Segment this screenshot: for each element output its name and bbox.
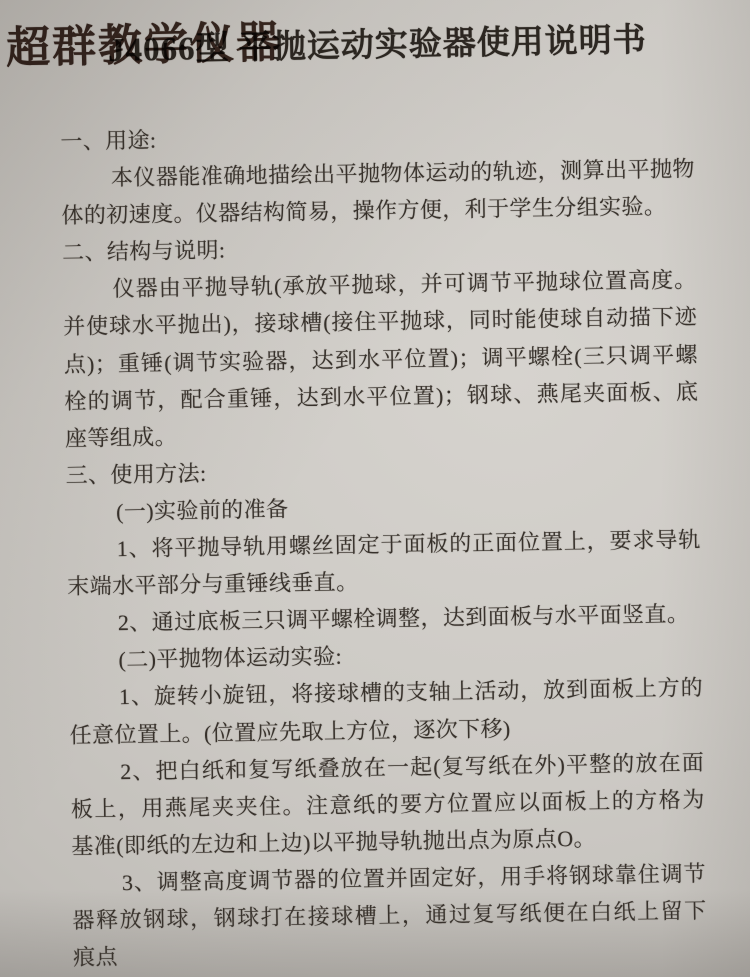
document-photo: J4066型 平抛运动实验器使用说明书 超群教学仪器 一、用途:本仪器能准确地描… — [0, 0, 750, 977]
document-body: 一、用途:本仪器能准确地描绘出平抛物体运动的轨迹，测算出平抛物体的初速度。仪器结… — [60, 113, 707, 976]
brand-overprint-text: 超群教学仪器 — [5, 6, 282, 76]
document-header: J4066型 平抛运动实验器使用说明书 超群教学仪器 — [0, 0, 750, 110]
